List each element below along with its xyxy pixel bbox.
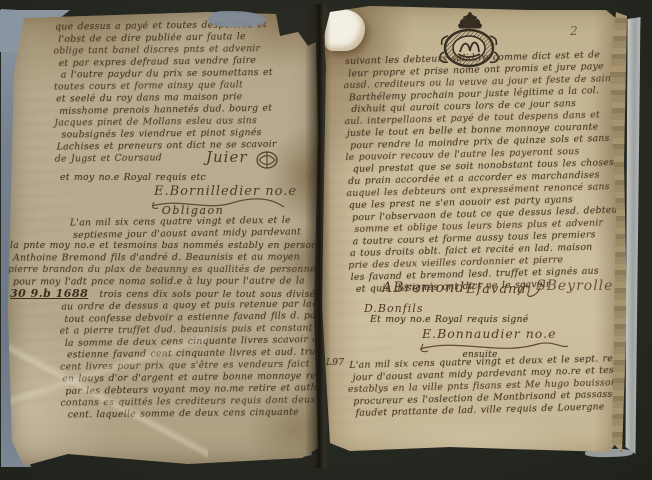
right-closing: L'an mil six cens quatre vingt et deux e… — [349, 353, 616, 420]
signature-juier: Juier — [206, 148, 248, 166]
right-page: 2 suivant les debteurs solid.re comme di… — [320, 6, 624, 458]
left-paragraph-1: que dessus a payé et toutes despences et… — [55, 18, 311, 165]
book-gutter-shadow — [305, 4, 331, 468]
cover-notch-stain — [208, 11, 266, 27]
folio-number: 2 — [570, 24, 578, 38]
left-attestation: et moy no.e Royal requis etc — [60, 172, 206, 183]
right-notary-signature: E.Bonnaudier no.e — [422, 326, 557, 341]
manuscript-scan: que dessus a payé et toutes despences et… — [0, 0, 652, 480]
signature-paraph-icon — [254, 150, 284, 170]
paper-tear-patch — [325, 9, 365, 51]
left-paragraph-2: au ordre de dessus a quoy et puis retenu… — [61, 298, 316, 421]
margin-date: 30 9.b 1688 — [10, 287, 88, 300]
right-attestation: Et moy no.e Royal requis signé — [370, 314, 529, 325]
following-page-edge — [624, 17, 640, 454]
manuscript-line: la pnte moy no.e et tesmoins bas nommés … — [10, 240, 316, 252]
manuscript-line: Anthoine Bremond fils d'andré d. Beaunis… — [13, 251, 319, 264]
signature-bremond: ABremond — [382, 280, 465, 296]
manuscript-line: pierre brandon du plax de beaunny es qua… — [8, 264, 314, 276]
signature-beyrolle: SBeyrolle — [536, 278, 613, 294]
left-opening-lines: L'an mil six cens quatre vingt et deux e… — [70, 214, 316, 241]
left-notary-signature: E.Bornilledier no.e — [154, 184, 297, 199]
left-page: que dessus a payé et toutes despences et… — [8, 12, 318, 466]
left-wide-lines: la pnte moy no.e et tesmoins bas nommés … — [10, 240, 316, 288]
right-body: suivant les debteurs solid.re comme dict… — [345, 49, 617, 296]
manuscript-line: cent. laquelle somme de deux cens cinqua… — [68, 406, 322, 421]
